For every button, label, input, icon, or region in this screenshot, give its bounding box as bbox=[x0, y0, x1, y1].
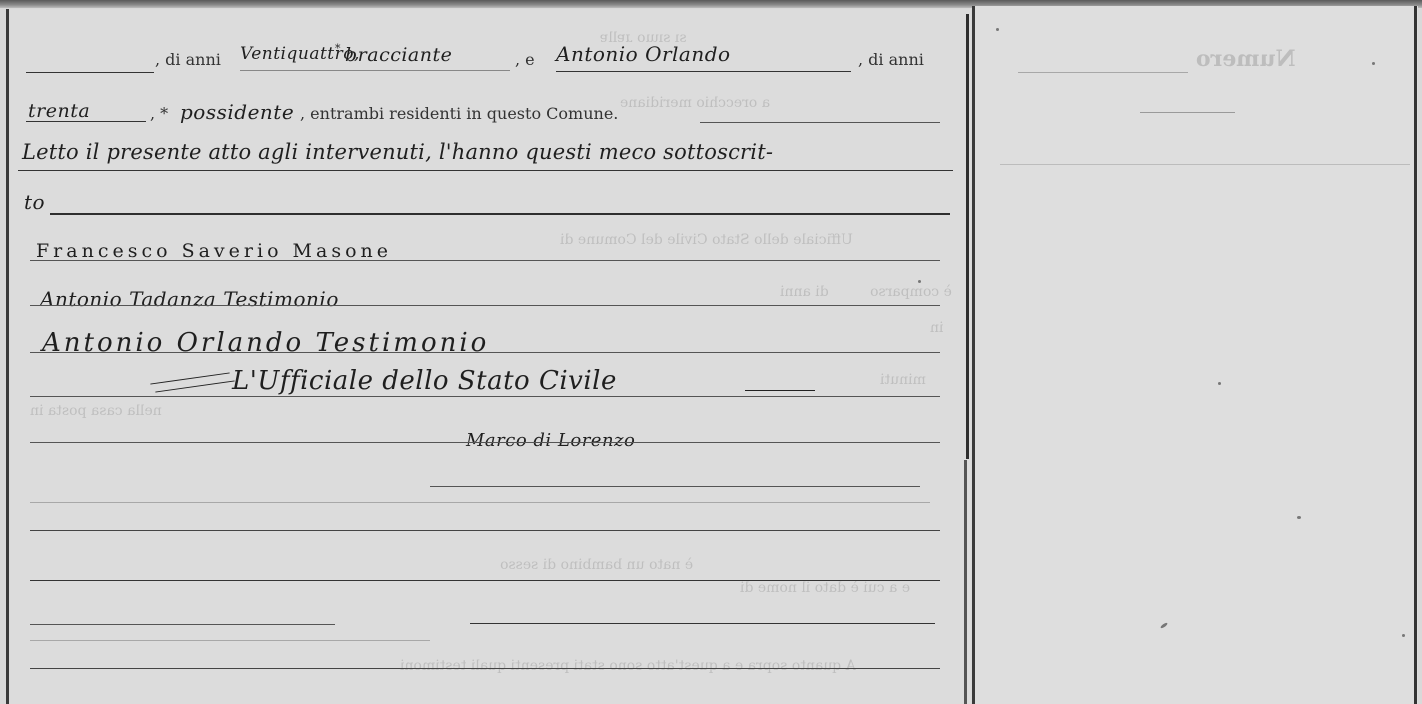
handwritten-age: trenta bbox=[28, 100, 90, 122]
bleed-rule bbox=[1000, 164, 1410, 165]
printed-text: , di anni bbox=[155, 50, 221, 69]
handwritten-occupation: possidente bbox=[180, 100, 294, 124]
printed-text: , di anni bbox=[858, 50, 924, 69]
handwritten-occupation: bracciante bbox=[345, 44, 452, 66]
paper-speck bbox=[1402, 634, 1405, 637]
paper-speck bbox=[1297, 516, 1301, 519]
bleed-text: nella casa posta in bbox=[30, 403, 162, 419]
flourish bbox=[745, 390, 815, 391]
signature-rule bbox=[30, 352, 940, 353]
bleed-text: Ufficiale dello Stato Civile del Comune … bbox=[560, 232, 853, 248]
signature-rule bbox=[30, 260, 940, 261]
closing-rule bbox=[50, 213, 950, 215]
fill-rule bbox=[26, 121, 146, 122]
handwritten-name: Antonio Orlando bbox=[556, 42, 731, 66]
signature-witness-2: Antonio Orlando Testimonio bbox=[42, 328, 489, 358]
closing-formula-cont: to bbox=[24, 190, 45, 214]
bleed-rule bbox=[1018, 72, 1188, 73]
ruled-line bbox=[30, 530, 940, 531]
bleed-heading: Numero bbox=[1196, 46, 1296, 72]
asterisk: * bbox=[335, 42, 341, 55]
printed-text: , * bbox=[150, 104, 168, 123]
right-page bbox=[972, 6, 1418, 704]
signature-witness-1: Antonio Tadanza Testimonio bbox=[40, 287, 339, 311]
ruled-line-bleed bbox=[30, 640, 430, 641]
officer-signature: Marco di Lorenzo bbox=[466, 430, 635, 451]
paper-speck bbox=[1372, 62, 1375, 65]
blank-rule bbox=[26, 72, 154, 73]
closing-formula: Letto il presente atto agli intervenuti,… bbox=[22, 140, 773, 164]
left-page-border-lower bbox=[964, 460, 967, 704]
bleed-text: minuti bbox=[880, 372, 926, 388]
bleed-text: è nato un bambino di sesso bbox=[500, 557, 693, 573]
paper-speck bbox=[1218, 382, 1221, 385]
ruled-line-bleed bbox=[30, 502, 930, 503]
left-page-border bbox=[966, 14, 969, 459]
formula-rule bbox=[18, 170, 953, 171]
bleed-text: di anni bbox=[780, 284, 829, 300]
ruled-line bbox=[30, 580, 940, 581]
bleed-text: è comparso bbox=[870, 284, 952, 300]
paper-speck bbox=[918, 280, 921, 283]
officer-rule bbox=[30, 396, 940, 397]
bleed-text: a orecchio meridiane bbox=[620, 95, 770, 111]
paper-speck bbox=[996, 28, 999, 31]
ruled-line bbox=[430, 486, 920, 487]
handwritten-age: Ventiquattro, bbox=[240, 44, 360, 64]
printed-text: , e bbox=[515, 50, 535, 69]
fill-rule bbox=[700, 122, 940, 123]
officer-rule bbox=[30, 442, 940, 443]
bleed-text: in bbox=[930, 320, 944, 336]
ruled-line bbox=[30, 624, 335, 625]
bleed-text: e a cui è dato il nome di bbox=[740, 580, 910, 596]
fill-rule bbox=[240, 70, 510, 71]
ruled-line bbox=[30, 668, 940, 669]
printed-text: , entrambi residenti in questo Comune. bbox=[300, 104, 618, 123]
bleed-text: A quanto sopra e a quest'atto sono stati… bbox=[400, 658, 856, 674]
ruled-line bbox=[470, 623, 935, 624]
signature-rule bbox=[30, 305, 940, 306]
signature-spouse: Francesco Saverio Masone bbox=[36, 240, 392, 262]
right-page-edge bbox=[1414, 6, 1417, 704]
bleed-rule bbox=[1140, 112, 1235, 113]
fill-rule bbox=[556, 71, 851, 72]
officer-title: L'Ufficiale dello Stato Civile bbox=[232, 366, 617, 396]
